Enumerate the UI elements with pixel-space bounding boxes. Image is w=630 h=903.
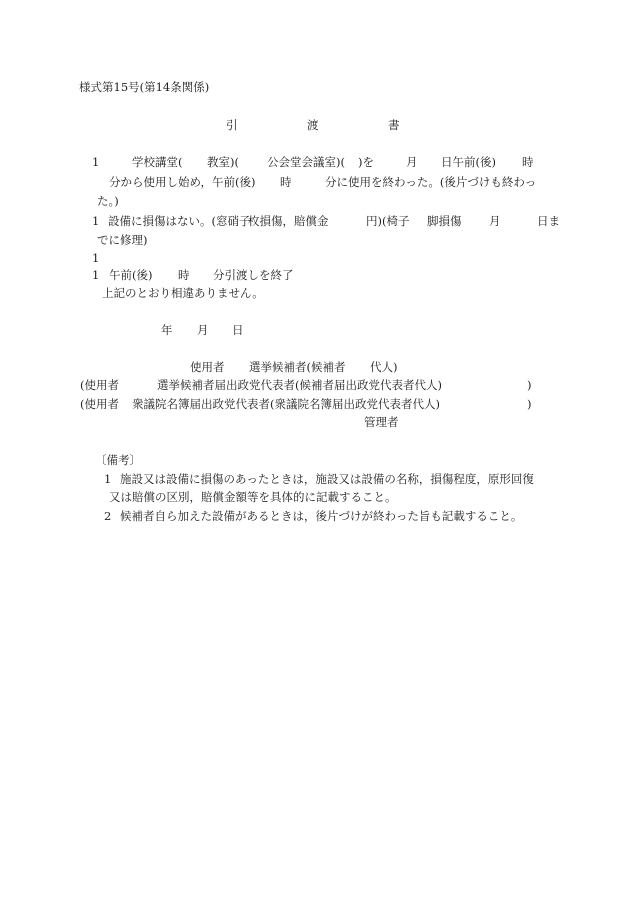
title-char-1: 引: [226, 120, 238, 132]
item4-text: 時: [178, 270, 190, 282]
note-2-text: 候補者自ら加えた設備があるときは，後片づけが終わった旨も記載すること。: [120, 511, 522, 523]
item1-text: 分から使用し始め，午前(後): [109, 177, 256, 189]
item1-text: 時: [280, 177, 292, 189]
item4-number: 1: [92, 270, 99, 282]
item2-text: 設備に損傷はない。(窓硝子: [108, 216, 251, 228]
signature-line-2: (使用者: [80, 380, 119, 392]
date-month: 月: [197, 325, 209, 337]
note-1-text: 施設又は設備に損傷のあったときは，施設又は設備の名称，損傷程度，原形回復: [120, 474, 534, 486]
note-1-number: 1: [104, 474, 111, 486]
signature-list-rep: 衆議院名簿届出政党代表者(衆議院名簿届出政党代表者代人): [132, 399, 440, 411]
date-year: 年: [161, 325, 173, 337]
date-day: 日: [232, 325, 244, 337]
item2-number: 1: [92, 216, 99, 228]
signature-paren: ): [527, 399, 532, 411]
item2-text: 脚損傷: [427, 216, 462, 228]
signature-party-rep: 選挙候補者届出政党代表者(候補者届出政党代表者代人): [157, 380, 442, 392]
title-char-2: 渡: [307, 120, 319, 132]
manager-label: 管理者: [364, 417, 399, 429]
signature-paren: ): [527, 380, 532, 392]
item1-text: 月: [406, 157, 418, 169]
item4-text: 午前(後): [109, 270, 152, 282]
item1-text: )を: [358, 157, 374, 169]
item2-text: 月: [489, 216, 501, 228]
item2-text: 円)(椅子: [366, 216, 409, 228]
signature-candidate: 選挙候補者(候補者: [249, 362, 346, 374]
note-1-text: 又は賠償の区別，賠償金額等を具体的に記載すること。: [109, 492, 397, 504]
item1-text: 時: [522, 157, 534, 169]
item3-number: 1: [92, 253, 99, 265]
item1-number: 1: [92, 157, 99, 169]
signature-user: 使用者: [190, 362, 225, 374]
item1-text: 日午前(後): [441, 157, 496, 169]
item1-text: 教室)(: [207, 157, 239, 169]
item1-text: 公会堂会議室)(: [267, 157, 345, 169]
item1-text: 学校講堂(: [132, 157, 183, 169]
item1-text: た。): [97, 196, 119, 208]
notes-heading: 〔備考〕: [95, 455, 141, 467]
item2-text: でに修理): [97, 235, 148, 247]
item4-text: 分引渡しを終了: [213, 270, 294, 282]
item1-text: 分に使用を終わった。(後片づけも終わっ: [325, 177, 536, 189]
form-header: 様式第15号(第14条関係): [79, 82, 209, 94]
signature-line-3: (使用者: [80, 399, 119, 411]
signature-proxy: 代人): [370, 362, 398, 374]
title-char-3: 書: [388, 120, 400, 132]
note-2-number: 2: [104, 511, 111, 523]
confirmation-text: 上記のとおり相違ありません。: [102, 288, 264, 300]
item2-text: 枚損傷，賠償金: [248, 216, 329, 228]
item2-text: 日ま: [537, 216, 560, 228]
